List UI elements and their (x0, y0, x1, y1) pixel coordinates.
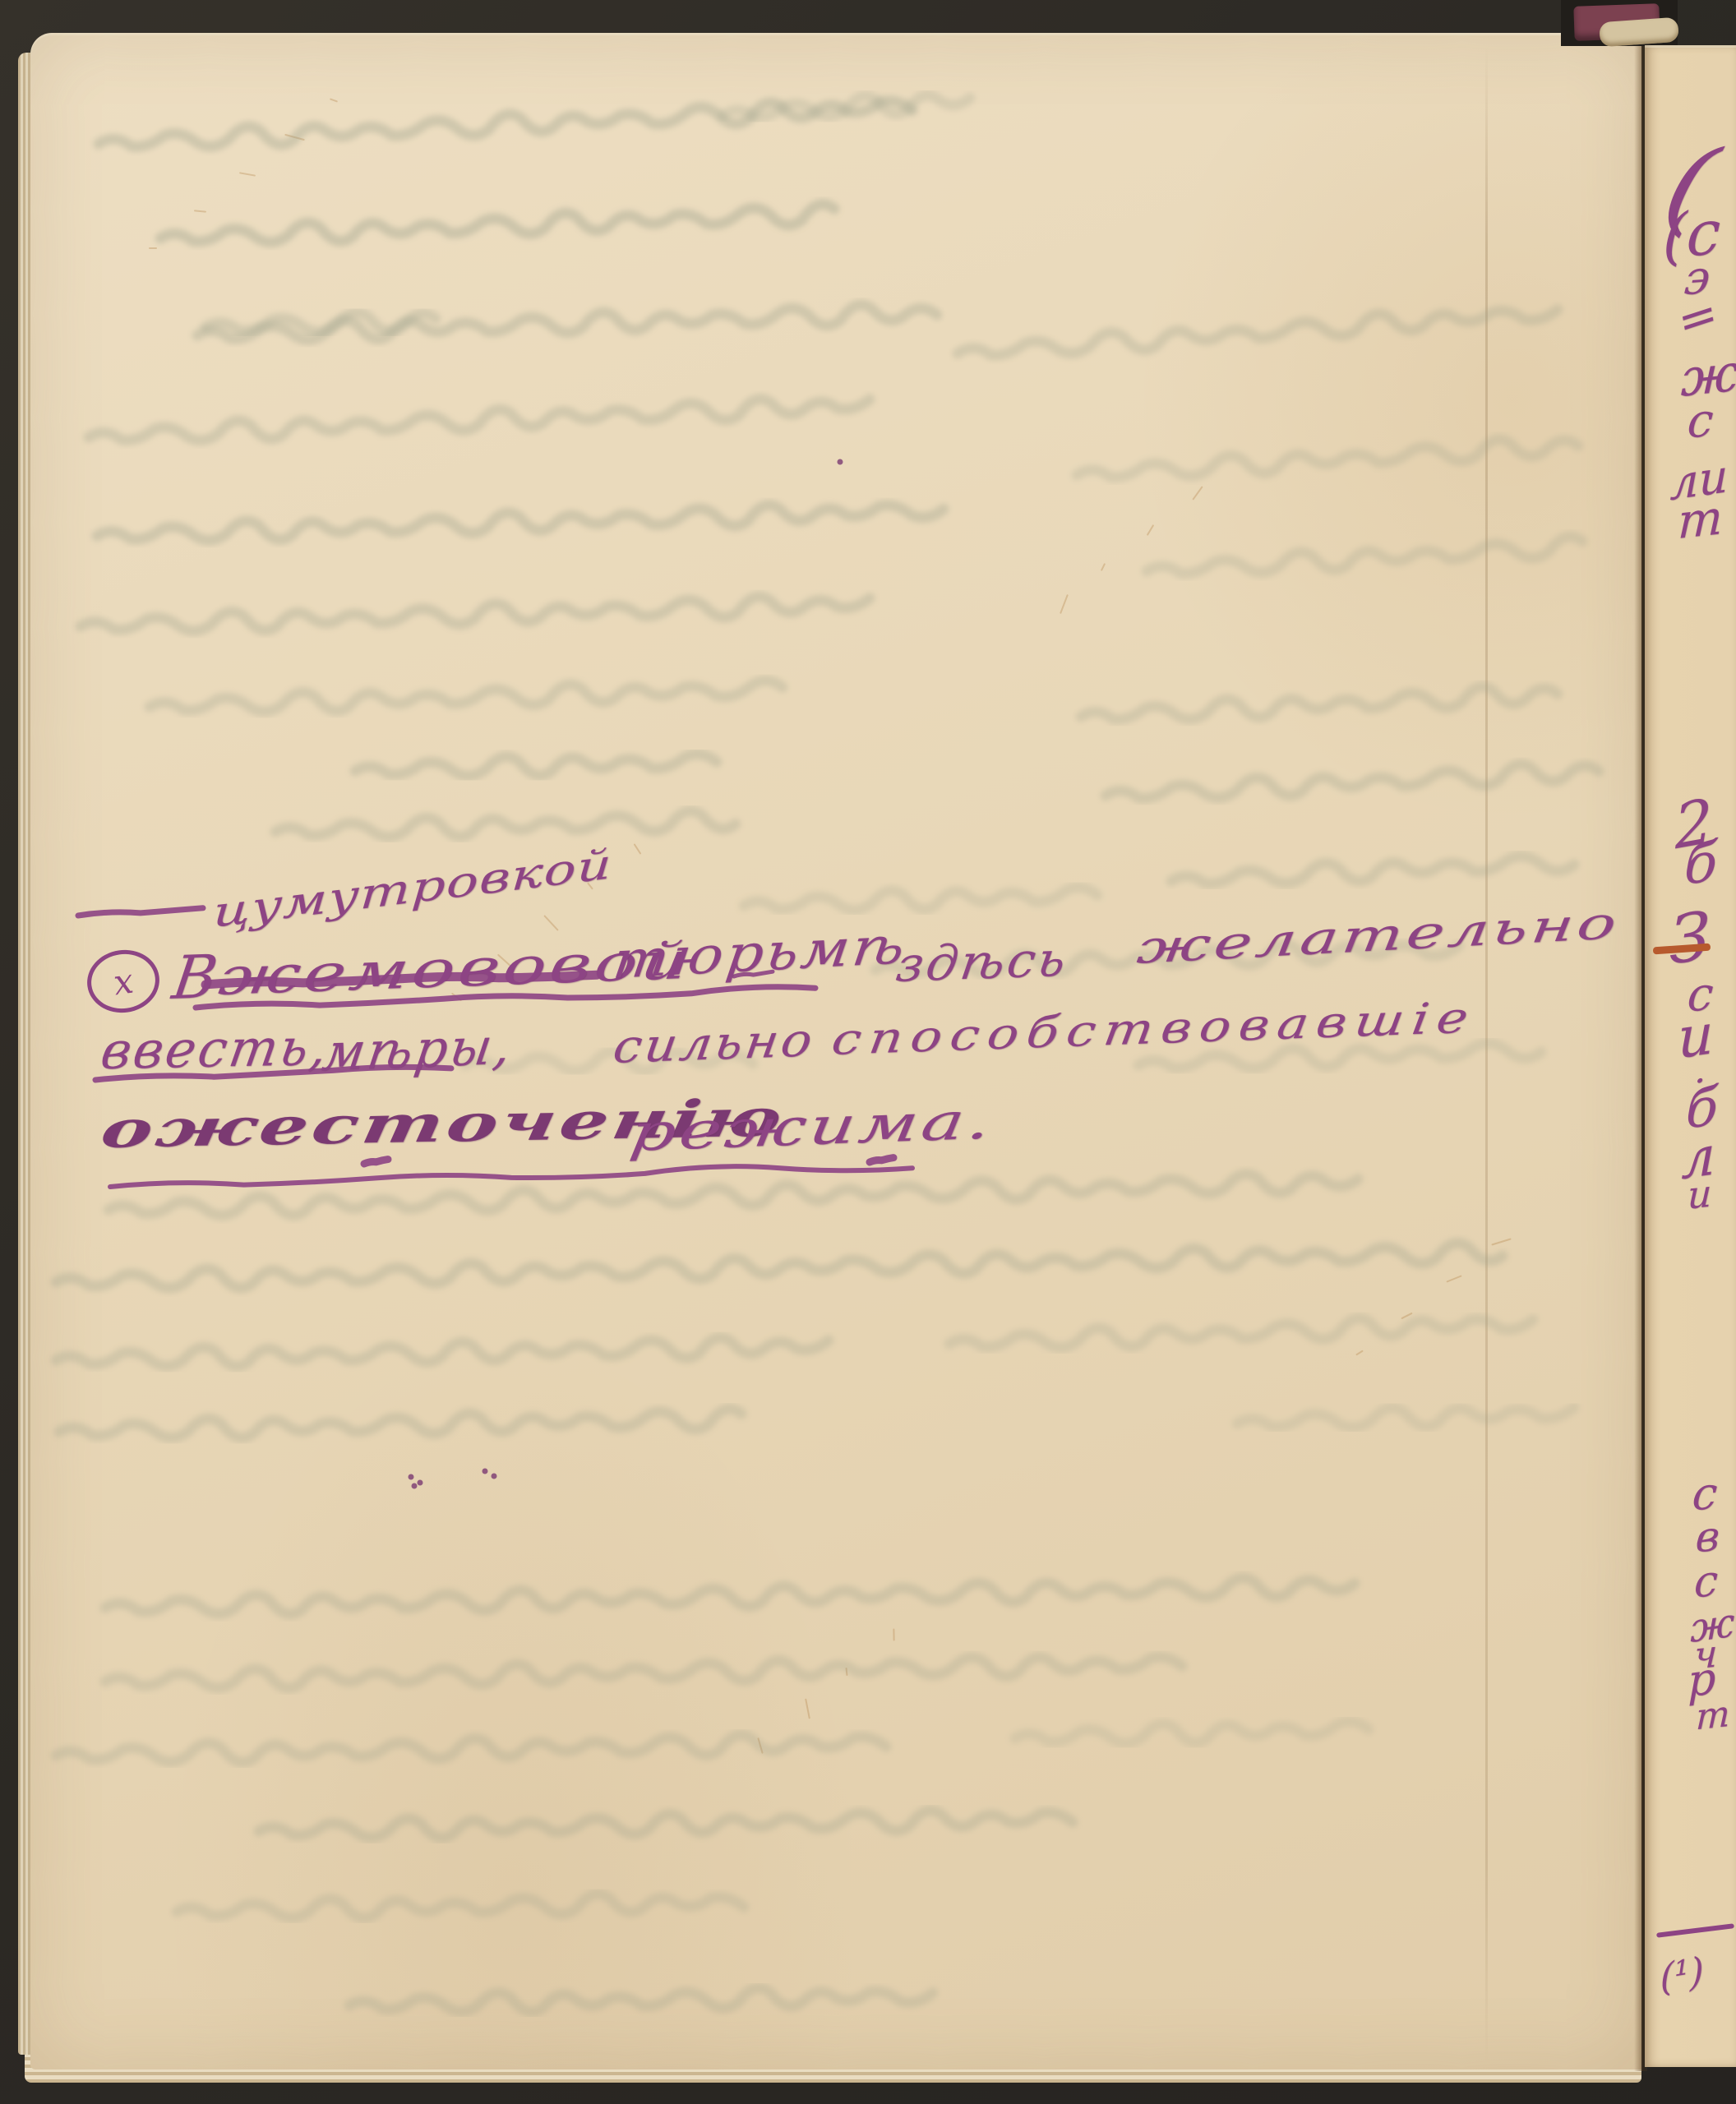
word-vvest: ввесть, (97, 1017, 334, 1081)
word-mery: мѣры, (319, 1016, 517, 1082)
word-tyurme: тюрьмѣ (610, 915, 911, 990)
circled-x-marker: х (83, 945, 164, 1017)
word-zhelatelno: желательно (1134, 897, 1623, 974)
word-sposobstvovavshie: способствовавшіе (829, 993, 1480, 1065)
word-rezhima: режима. (626, 1090, 998, 1163)
inserted-word: цумутровкой (212, 840, 613, 937)
marker-glyph: х (111, 960, 136, 1003)
handwritten-annotation: х Вцумутровкойжемововойтюрьмѣздѣсьжелате… (0, 0, 1736, 2104)
scan-background: ((сэ=жслит2бЗси·блисвсжчрт(¹) х Вцумутро… (0, 0, 1736, 2104)
word-zdes: здѣсь (893, 930, 1072, 993)
word-silno: сильно (610, 1013, 818, 1074)
